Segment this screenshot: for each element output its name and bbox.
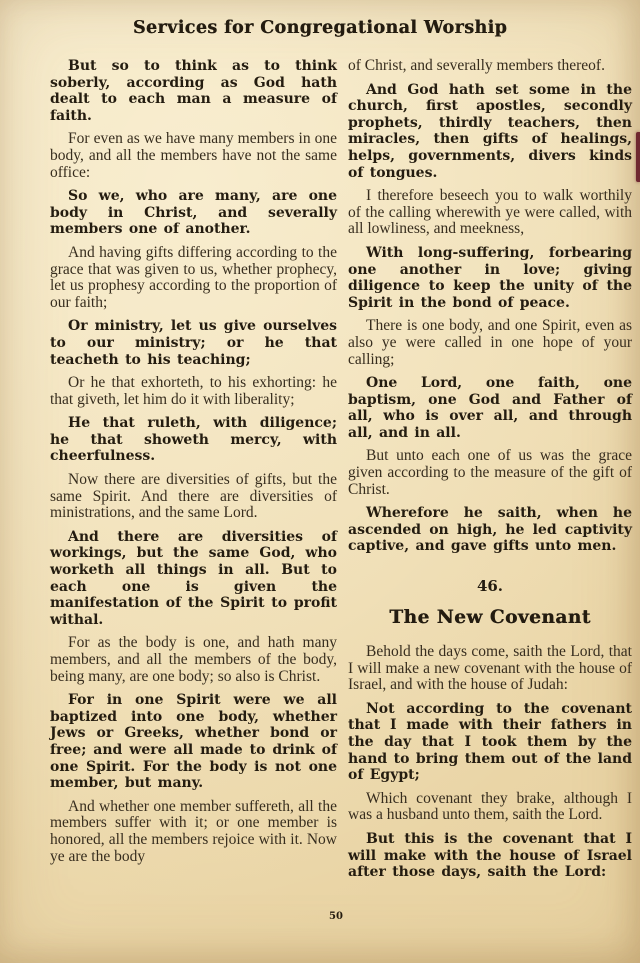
scripture-paragraph: For even as we have many members in one … [50, 131, 337, 181]
scripture-paragraph: And there are diversities of workings, b… [50, 529, 337, 629]
scripture-paragraph: Which covenant they brake, although I wa… [348, 791, 632, 824]
scripture-paragraph: of Christ, and severally members thereof… [348, 58, 632, 75]
page-title: Services for Congregational Worship [0, 18, 640, 38]
scripture-paragraph: And whether one member suffereth, all th… [50, 799, 337, 865]
scripture-paragraph: But unto each one of us was the grace gi… [348, 448, 632, 498]
scripture-paragraph: Or ministry, let us give ourselves to ou… [50, 318, 337, 368]
section-number: 46. [348, 577, 632, 595]
scripture-paragraph: Not according to the covenant that I mad… [348, 701, 632, 784]
scripture-paragraph: There is one body, and one Spirit, even … [348, 318, 632, 368]
right-column: of Christ, and severally members thereof… [348, 58, 632, 888]
page-number: 50 [0, 911, 640, 922]
scripture-paragraph: Now there are diversities of gifts, but … [50, 472, 337, 522]
scripture-paragraph: For as the body is one, and hath many me… [50, 635, 337, 685]
scripture-paragraph: I therefore beseech you to walk worthily… [348, 188, 632, 238]
scripture-paragraph: For in one Spirit were we all baptized i… [50, 692, 337, 792]
scripture-paragraph: He that ruleth, with diligence; he that … [50, 415, 337, 465]
left-column: But so to think as to think soberly, acc… [50, 58, 337, 872]
scripture-paragraph: So we, who are many, are one body in Chr… [50, 188, 337, 238]
scripture-paragraph: And God hath set some in the church, fir… [348, 82, 632, 182]
scripture-paragraph: Behold the days come, saith the Lord, th… [348, 644, 632, 694]
book-edge-mark [636, 132, 640, 182]
scripture-paragraph: With long-suffering, forbearing one anot… [348, 245, 632, 311]
scripture-paragraph: Wherefore he saith, when he ascended on … [348, 505, 632, 555]
scripture-paragraph: Or he that exhorteth, to his exhorting: … [50, 375, 337, 408]
scripture-paragraph: One Lord, one faith, one baptism, one Go… [348, 375, 632, 441]
section-title: The New Covenant [348, 607, 632, 628]
scripture-paragraph: But so to think as to think soberly, acc… [50, 58, 337, 124]
scripture-paragraph: And having gifts differing according to … [50, 245, 337, 311]
scripture-paragraph: But this is the covenant that I will mak… [348, 831, 632, 881]
